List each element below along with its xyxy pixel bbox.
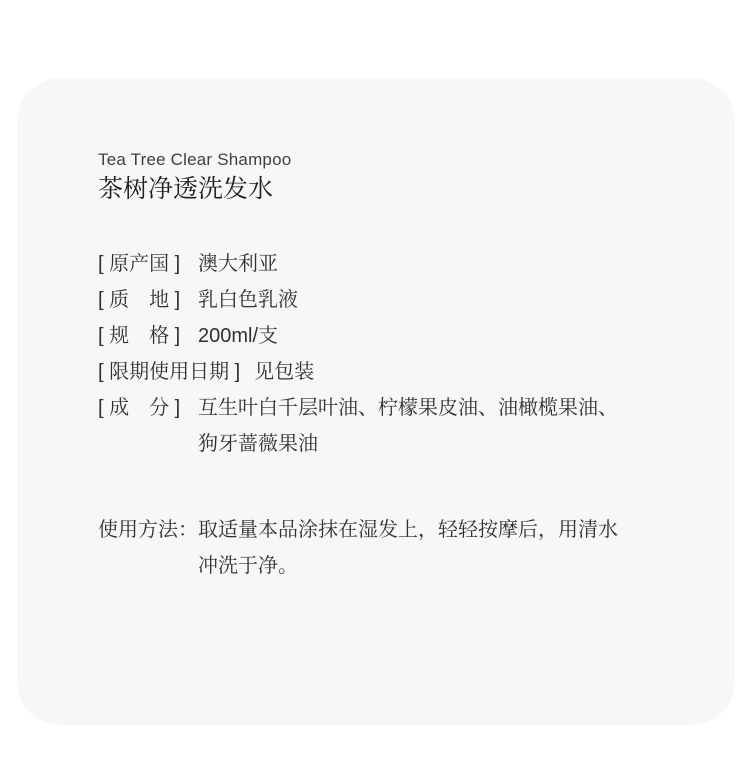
spec-row-texture: [ 质 地 ] 乳白色乳液: [98, 282, 655, 318]
spec-value-origin: 澳大利亚: [198, 246, 655, 282]
spec-list: [ 原产国 ] 澳大利亚 [ 质 地 ] 乳白色乳液 [ 规 格 ] 200ml…: [98, 246, 655, 462]
product-title-english: Tea Tree Clear Shampoo: [98, 148, 655, 172]
spec-label-texture: [ 质 地 ]: [98, 282, 184, 318]
spec-label-size: [ 规 格 ]: [98, 318, 184, 354]
spec-label-expiry: [ 限期使用日期 ]: [98, 354, 240, 390]
page: { "page": { "background": "#ffffff", "ca…: [0, 0, 750, 768]
spec-value-ingredients: 互生叶白千层叶油、柠檬果皮油、油橄榄果油、 狗牙蔷薇果油: [198, 390, 655, 462]
usage-text: 取适量本品涂抹在湿发上，轻轻按摩后，用清水 冲洗于净。: [198, 512, 655, 584]
spec-row-size: [ 规 格 ] 200ml/支: [98, 318, 655, 354]
ingredients-line-1: 互生叶白千层叶油、柠檬果皮油、油橄榄果油、: [198, 390, 655, 426]
usage-label: 使用方法：: [98, 512, 198, 548]
spec-label-origin: [ 原产国 ]: [98, 246, 184, 282]
spec-row-expiry: [ 限期使用日期 ] 见包装: [98, 354, 655, 390]
spec-value-size: 200ml/支: [198, 318, 655, 354]
product-title-chinese: 茶树净透洗发水: [98, 172, 655, 206]
product-info-card: Tea Tree Clear Shampoo 茶树净透洗发水 [ 原产国 ] 澳…: [17, 78, 735, 725]
spec-value-texture: 乳白色乳液: [198, 282, 655, 318]
spec-row-ingredients: [ 成 分 ] 互生叶白千层叶油、柠檬果皮油、油橄榄果油、 狗牙蔷薇果油: [98, 390, 655, 462]
usage-line-2: 冲洗于净。: [198, 548, 655, 584]
spec-row-origin: [ 原产国 ] 澳大利亚: [98, 246, 655, 282]
usage-line-1: 取适量本品涂抹在湿发上，轻轻按摩后，用清水: [198, 512, 655, 548]
spec-value-expiry: 见包装: [254, 354, 655, 390]
spec-label-ingredients: [ 成 分 ]: [98, 390, 184, 426]
usage-instructions: 使用方法： 取适量本品涂抹在湿发上，轻轻按摩后，用清水 冲洗于净。: [98, 512, 655, 584]
ingredients-line-2: 狗牙蔷薇果油: [198, 426, 655, 462]
